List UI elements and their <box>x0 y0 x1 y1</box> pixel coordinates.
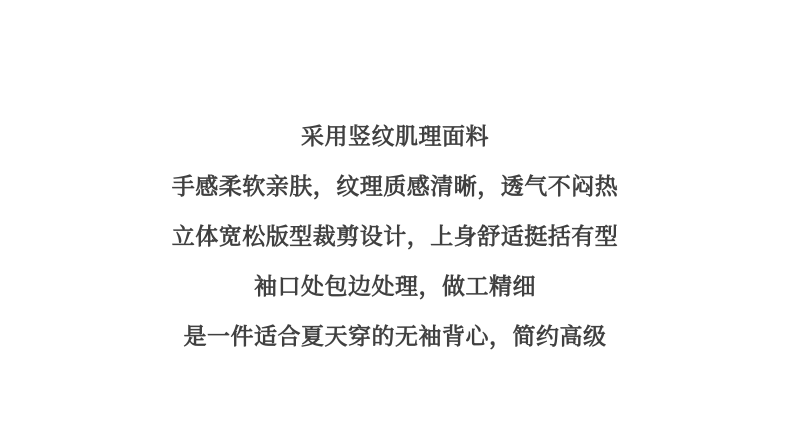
description-line-cuff: 袖口处包边处理，做工精细 <box>0 261 790 311</box>
description-line-fabric: 采用竖纹肌理面料 <box>0 111 790 161</box>
description-line-summary: 是一件适合夏天穿的无袖背心，简约高级 <box>0 311 790 361</box>
product-description: 采用竖纹肌理面料 手感柔软亲肤，纹理质感清晰，透气不闷热 立体宽松版型裁剪设计，… <box>0 0 790 361</box>
description-line-cut: 立体宽松版型裁剪设计，上身舒适挺括有型 <box>0 211 790 261</box>
description-line-feel: 手感柔软亲肤，纹理质感清晰，透气不闷热 <box>0 161 790 211</box>
